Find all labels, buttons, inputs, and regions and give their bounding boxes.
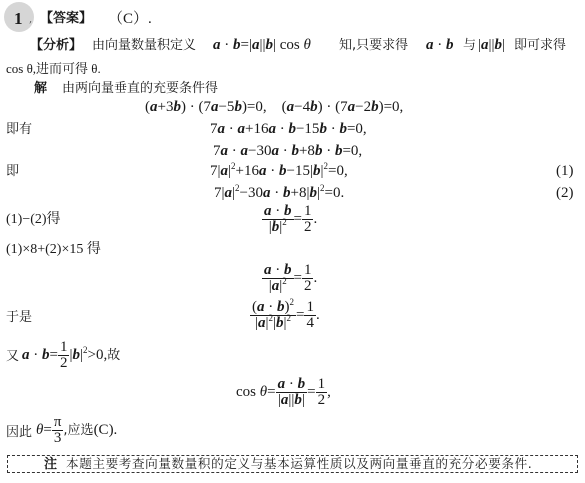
expanded-eq-1: 7a · a+16a · b−15b · b=0,	[210, 122, 367, 137]
ji-label: 即	[6, 165, 19, 178]
fraction-ab2-over-a2b2: (a · b)2|a|2|b|2=14.	[250, 300, 320, 331]
solution-intro: 由两向量垂直的充要条件得	[62, 82, 218, 95]
analysis-text-prefix: 由向量数量积定义	[92, 39, 196, 52]
you-label: 又	[6, 350, 19, 363]
conclusion-prefix: 因此	[6, 426, 32, 439]
problem-number: 1	[14, 9, 23, 29]
analysis-ab: a · b	[426, 38, 454, 53]
conclusion-theta: θ=π3,应选(C).	[36, 415, 117, 446]
step-subtract: (1)−(2)得	[6, 213, 61, 227]
note-text: 本题主要考查向量数量积的定义与基本运算性质以及两向量垂直的充分必要条件.	[66, 458, 532, 471]
positivity-statement: a · b=12|b|2>0,故	[22, 340, 120, 371]
analysis-line2: cos θ,进而可得 θ.	[6, 62, 101, 75]
fraction-ab-over-b2: a · b|b|2=12.	[262, 204, 317, 235]
equation-2-tag: (2)	[556, 186, 574, 201]
dot-product-definition: a · b=|a||b| cos θ	[213, 38, 311, 53]
equation-1: 7|a|2+16a · b−15|b|2=0,	[210, 164, 348, 179]
cos-theta-formula: cos θ=a · b|a||b|=12,	[236, 377, 331, 408]
equation-1-tag: (1)	[556, 164, 574, 179]
answer-label: 【答案】	[40, 12, 92, 25]
analysis-label: 【分析】	[30, 39, 82, 52]
problem-number-dot: ,	[29, 14, 32, 25]
analysis-text-suffix: 即可求得	[514, 39, 566, 52]
fraction-ab-over-a2: a · b|a|2=12.	[262, 263, 317, 294]
equation-2: 7|a|2−30a · b+8|b|2=0.	[214, 186, 344, 201]
analysis-with: 与	[463, 39, 476, 52]
note-label: 注	[44, 458, 57, 471]
analysis-text-mid: 知,只要求得	[339, 39, 408, 52]
answer-value: （C）.	[108, 12, 152, 27]
perpendicular-equations: (a+3b) · (7a−5b)=0, (a−4b) · (7a−2b)=0,	[145, 100, 403, 115]
jiyou-label: 即有	[6, 123, 32, 136]
step-combine: (1)×8+(2)×15 得	[6, 243, 101, 257]
solution-label: 解	[34, 82, 47, 95]
analysis-norms: |a||b|	[478, 38, 505, 53]
expanded-eq-2: 7a · a−30a · b+8b · b=0,	[213, 144, 362, 159]
yushi-label: 于是	[6, 311, 32, 324]
